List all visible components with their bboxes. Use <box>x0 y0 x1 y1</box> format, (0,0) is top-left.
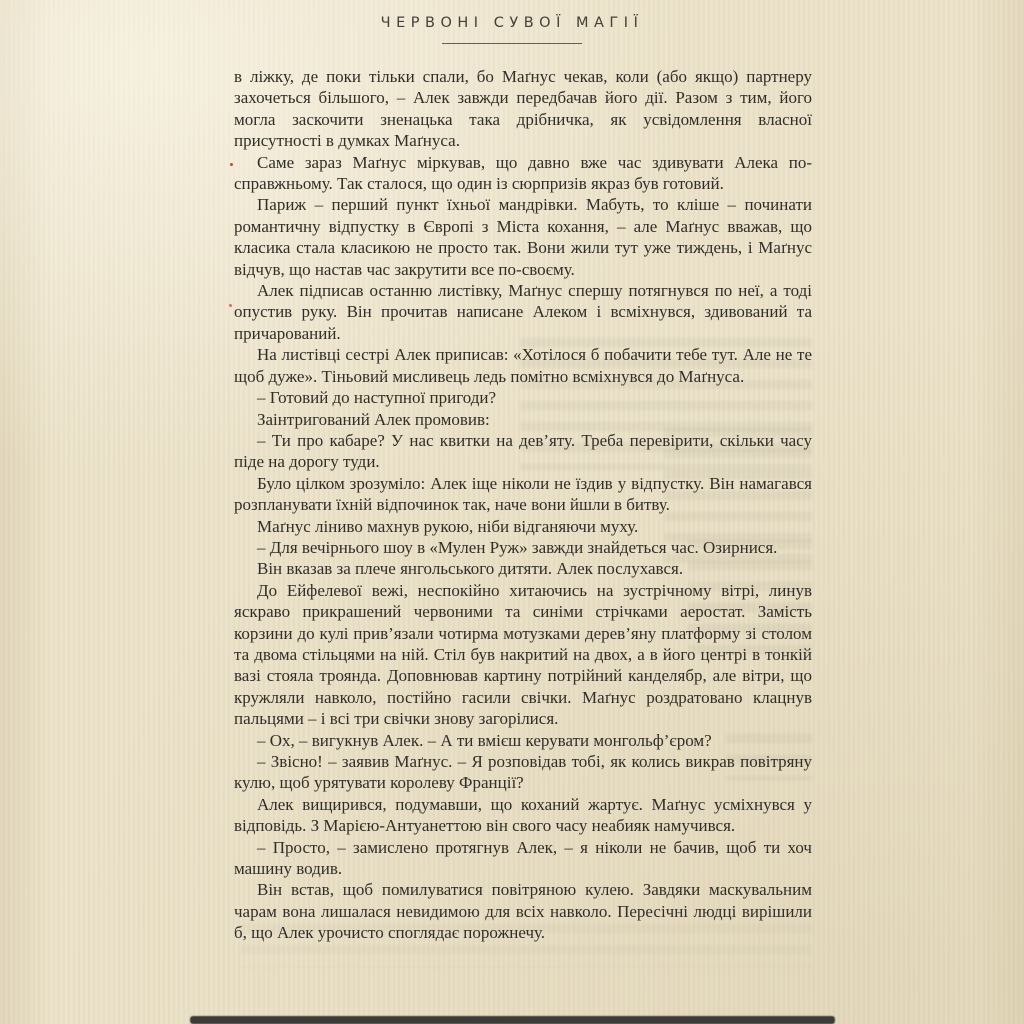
paragraph: Париж – перший пункт їхньої мандрівки. М… <box>234 194 812 280</box>
paragraph: Саме зараз Маґнус міркував, що давно вже… <box>234 152 812 195</box>
header-rule <box>442 43 582 44</box>
paragraph: Маґнус ліниво махнув рукою, ніби відганя… <box>234 516 812 537</box>
paragraph: На листівці сестрі Алек приписав: «Хотіл… <box>234 344 812 387</box>
ink-speck <box>229 304 232 307</box>
body-text: в ліжку, де поки тільки спали, бо Маґнус… <box>234 66 812 944</box>
running-header-title: ЧЕРВОНІ СУВОЇ МАГІЇ <box>381 15 644 31</box>
paragraph: Алек вищирився, подумавши, що коханий жа… <box>234 794 812 837</box>
paragraph: Він вказав за плече янгольського дитяти.… <box>234 558 812 579</box>
paragraph: в ліжку, де поки тільки спали, бо Маґнус… <box>234 66 812 152</box>
paragraph: – Для вечірнього шоу в «Мулен Руж» завжд… <box>234 537 812 558</box>
paragraph: – Просто, – замислено протягнув Алек, – … <box>234 837 812 880</box>
paragraph: – Ох, – вигукнув Алек. – А ти вмієш керу… <box>234 730 812 751</box>
ink-speck <box>230 163 233 166</box>
paragraph: Алек підписав останню листівку, Маґнус с… <box>234 280 812 344</box>
scan-edge-bar <box>190 1016 835 1024</box>
paragraph: – Звісно! – заявив Маґнус. – Я розповіда… <box>234 751 812 794</box>
paragraph: Заінтригований Алек промовив: <box>234 409 812 430</box>
paragraph: – Ти про кабаре? У нас квитки на дев’яту… <box>234 430 812 473</box>
paragraph: Він встав, щоб помилуватися повітряною к… <box>234 879 812 943</box>
paragraph: Було цілком зрозуміло: Алек іще ніколи н… <box>234 473 812 516</box>
paragraph: До Ейфелевої вежі, неспокійно хитаючись … <box>234 580 812 730</box>
book-page-scan: ЧЕРВОНІ СУВОЇ МАГІЇ в ліжку, де поки тіл… <box>0 0 1024 1024</box>
paragraph: – Готовий до наступної пригоди? <box>234 387 812 408</box>
running-header: ЧЕРВОНІ СУВОЇ МАГІЇ <box>0 14 1024 32</box>
